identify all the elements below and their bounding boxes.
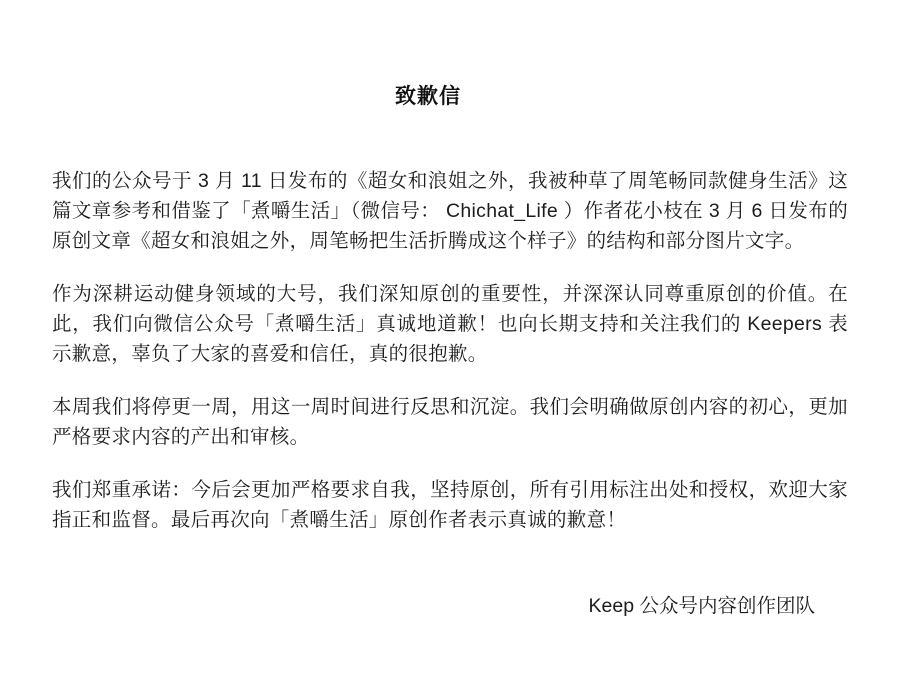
- paragraph-1: 我们的公众号于 3 月 11 日发布的《超女和浪姐之外，我被种草了周笔畅同款健身…: [52, 166, 848, 256]
- paragraph-2: 作为深耕运动健身领域的大号，我们深知原创的重要性，并深深认同尊重原创的价值。在此…: [52, 279, 848, 369]
- paragraph-3: 本周我们将停更一周，用这一周时间进行反思和沉淀。我们会明确做原创内容的初心，更加…: [52, 392, 848, 452]
- apology-letter-page: 致歉信 我们的公众号于 3 月 11 日发布的《超女和浪姐之外，我被种草了周笔畅…: [0, 0, 900, 687]
- letter-body: 我们的公众号于 3 月 11 日发布的《超女和浪姐之外，我被种草了周笔畅同款健身…: [52, 166, 848, 535]
- paragraph-4: 我们郑重承诺：今后会更加严格要求自我，坚持原创，所有引用标注出处和授权，欢迎大家…: [52, 475, 848, 535]
- signature: Keep 公众号内容创作团队: [52, 591, 848, 621]
- page-title: 致歉信: [52, 0, 848, 110]
